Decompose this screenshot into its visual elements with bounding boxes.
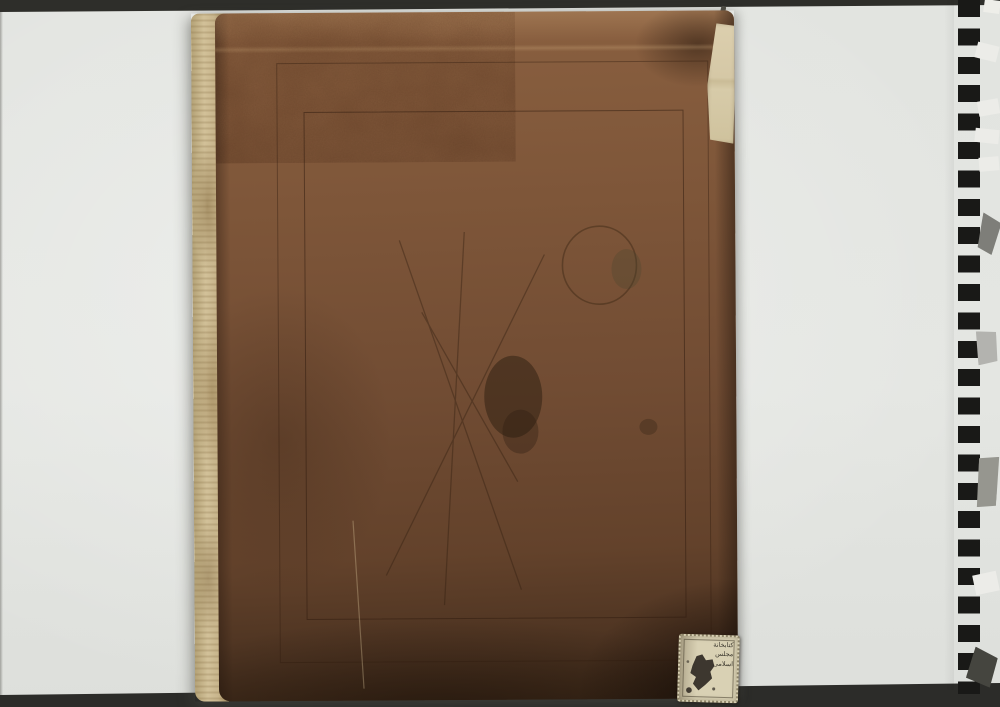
torn-tab: [977, 98, 1000, 116]
binding-strip-shadow: [944, 0, 954, 690]
stamp-emblem-icon: [682, 652, 721, 697]
scanned-book-photo: كتابخانة مجلس اسلامی: [0, 0, 1000, 707]
book-cover: كتابخانة مجلس اسلامی: [191, 10, 738, 701]
page-left-edge-shadow: [0, 0, 3, 707]
torn-tab: [978, 156, 999, 172]
torn-tab: [983, 0, 1000, 14]
library-stamp: كتابخانة مجلس اسلامی: [677, 634, 740, 704]
torn-tab: [972, 571, 1000, 596]
leather-cover: [215, 10, 738, 701]
torn-tab: [974, 128, 999, 144]
cover-marks: [215, 10, 738, 701]
